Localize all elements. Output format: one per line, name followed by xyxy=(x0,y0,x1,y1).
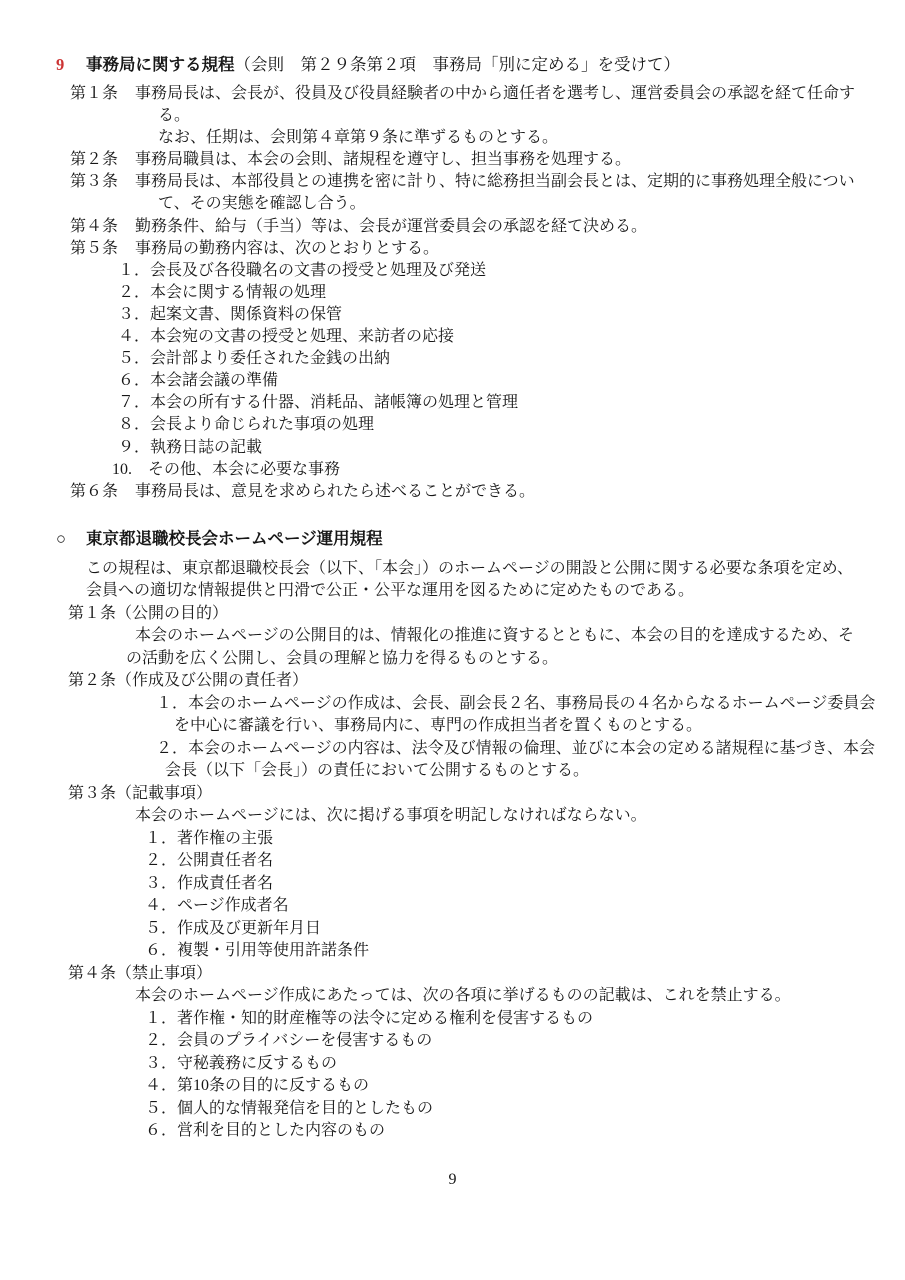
line-text: ５．作成及び更新年月日 xyxy=(145,920,321,937)
line-text: ２．本会に関する情報の処理 xyxy=(118,284,326,301)
text-line: なお、任期は、会則第４章第９条に準ずるものとする。 xyxy=(0,127,905,149)
line-text: 本会のホームページの公開目的は、情報化の推進に資するとともに、本会の目的を達成す… xyxy=(135,627,854,644)
line-text: を中心に審議を行い、事務局内に、専門の作成担当者を置くものとする。 xyxy=(174,717,702,734)
line-text: １．本会のホームページの作成は、会長、副会長２名、事務局長の４名からなるホームペ… xyxy=(156,695,875,712)
line-text: ４．ページ作成者名 xyxy=(145,897,289,914)
line-text: ８．会長より命じられた事項の処理 xyxy=(118,416,374,433)
line-text: の活動を広く公開し、会員の理解と協力を得るものとする。 xyxy=(126,650,558,667)
text-line: １．会長及び各役職名の文書の授受と処理及び発送 xyxy=(0,260,905,282)
section-bullet: ○ xyxy=(56,527,86,551)
line-text: ５．会計部より委任された金銭の出納 xyxy=(118,350,390,367)
line-text: ５．個人的な情報発信を目的としたもの xyxy=(145,1100,433,1117)
text-line: １．著作権・知的財産権等の法令に定める権利を侵害するもの xyxy=(0,1008,905,1031)
line-text: 事務局長は、意見を求められたら述べることができる。 xyxy=(135,483,535,500)
line-text: １．著作権の主張 xyxy=(145,830,273,847)
line-text: ６．本会諸会議の準備 xyxy=(118,372,278,389)
text-line: ３．守秘義務に反するもの xyxy=(0,1053,905,1076)
text-line: 第２条（作成及び公開の責任者） xyxy=(0,670,905,693)
line-text: 会員への適切な情報提供と円滑で公正・公平な運用を図るために定めたものである。 xyxy=(86,582,694,599)
article-line: 第４条勤務条件、給与（手当）等は、会長が運営委員会の承認を経て決める。 xyxy=(0,216,905,238)
section-number: 9 xyxy=(56,53,86,77)
text-line: 10. その他、本会に必要な事務 xyxy=(0,459,905,481)
article-line: 第６条事務局長は、意見を求められたら述べることができる。 xyxy=(0,481,905,503)
text-line: の活動を広く公開し、会員の理解と協力を得るものとする。 xyxy=(0,648,905,671)
article-line: 第２条事務局職員は、本会の会則、諸規程を遵守し、担当事務を処理する。 xyxy=(0,149,905,171)
article-label: 第５条 xyxy=(70,238,135,260)
article-label: 第６条 xyxy=(70,481,135,503)
page-number: 9 xyxy=(449,1171,457,1188)
section-body: この規程は、東京都退職校長会（以下、「本会」）のホームページの開設と公開に関する… xyxy=(0,558,905,1143)
line-text: ４．第10条の目的に反するもの xyxy=(145,1077,369,1094)
line-text: ９．執務日誌の記載 xyxy=(118,439,262,456)
section-title: 事務局に関する規程 xyxy=(86,55,235,74)
line-text: 第４条（禁止事項） xyxy=(68,965,212,982)
line-text: ２．本会のホームページの内容は、法令及び情報の倫理、並びに本会の定める諸規程に基… xyxy=(156,740,875,757)
article-label: 第４条 xyxy=(70,216,135,238)
line-text: ４．本会宛の文書の授受と処理、来訪者の応接 xyxy=(118,328,454,345)
article-line: 第５条事務局の勤務内容は、次のとおりとする。 xyxy=(0,238,905,260)
text-line: ６．本会諸会議の準備 xyxy=(0,370,905,392)
text-line: ２．本会のホームページの内容は、法令及び情報の倫理、並びに本会の定める諸規程に基… xyxy=(0,738,905,761)
text-line: 会員への適切な情報提供と円滑で公正・公平な運用を図るために定めたものである。 xyxy=(0,580,905,603)
line-text: ６．営利を目的とした内容のもの xyxy=(145,1122,385,1139)
text-line: ２．本会に関する情報の処理 xyxy=(0,282,905,304)
article-line: 第１条事務局長は、会長が、役員及び役員経験者の中から適任者を選考し、運営委員会の… xyxy=(0,83,905,105)
text-line: １．本会のホームページの作成は、会長、副会長２名、事務局長の４名からなるホームペ… xyxy=(0,693,905,716)
section-subtitle: （会則 第２９条第２項 事務局「別に定める」を受けて） xyxy=(235,55,681,74)
line-text: 10. その他、本会に必要な事務 xyxy=(112,461,340,478)
line-text: １．著作権・知的財産権等の法令に定める権利を侵害するもの xyxy=(145,1010,593,1027)
line-text: 事務局職員は、本会の会則、諸規程を遵守し、担当事務を処理する。 xyxy=(135,151,631,168)
section-heading: 9事務局に関する規程（会則 第２９条第２項 事務局「別に定める」を受けて） xyxy=(0,53,905,77)
line-text: ３．守秘義務に反するもの xyxy=(145,1055,337,1072)
section-secretariat-regulation: 9事務局に関する規程（会則 第２９条第２項 事務局「別に定める」を受けて） 第１… xyxy=(0,53,905,503)
line-text: ７．本会の所有する什器、消耗品、諸帳簿の処理と管理 xyxy=(118,394,518,411)
line-text: 事務局長は、会長が、役員及び役員経験者の中から適任者を選考し、運営委員会の承認を… xyxy=(135,85,855,102)
line-text: ２．公開責任者名 xyxy=(145,852,273,869)
text-line: ２．会員のプライバシーを侵害するもの xyxy=(0,1030,905,1053)
text-line: 本会のホームページの公開目的は、情報化の推進に資するとともに、本会の目的を達成す… xyxy=(0,625,905,648)
line-text: ６．複製・引用等使用許諾条件 xyxy=(145,942,369,959)
text-line: る。 xyxy=(0,105,905,127)
text-line: この規程は、東京都退職校長会（以下、「本会」）のホームページの開設と公開に関する… xyxy=(0,558,905,581)
text-line: を中心に審議を行い、事務局内に、専門の作成担当者を置くものとする。 xyxy=(0,715,905,738)
text-line: て、その実態を確認し合う。 xyxy=(0,193,905,215)
text-line: ９．執務日誌の記載 xyxy=(0,437,905,459)
line-text: 本会のホームページには、次に掲げる事項を明記しなければならない。 xyxy=(135,807,647,824)
article-label: 第３条 xyxy=(70,171,135,193)
line-text: 第３条（記載事項） xyxy=(68,785,212,802)
line-text: ３．作成責任者名 xyxy=(145,875,273,892)
document-page: 9事務局に関する規程（会則 第２９条第２項 事務局「別に定める」を受けて） 第１… xyxy=(0,0,905,1280)
line-text: る。 xyxy=(158,107,190,124)
line-text: この規程は、東京都退職校長会（以下、「本会」）のホームページの開設と公開に関する… xyxy=(86,560,853,577)
article-label: 第２条 xyxy=(70,149,135,171)
text-line: 本会のホームページには、次に掲げる事項を明記しなければならない。 xyxy=(0,805,905,828)
line-text: ２．会員のプライバシーを侵害するもの xyxy=(145,1032,432,1049)
line-text: 勤務条件、給与（手当）等は、会長が運営委員会の承認を経て決める。 xyxy=(135,218,647,235)
text-line: ２．公開責任者名 xyxy=(0,850,905,873)
text-line: ８．会長より命じられた事項の処理 xyxy=(0,414,905,436)
text-line: ３．作成責任者名 xyxy=(0,873,905,896)
text-line: ４．本会宛の文書の授受と処理、来訪者の応接 xyxy=(0,326,905,348)
line-text: 第２条（作成及び公開の責任者） xyxy=(68,672,308,689)
text-line: 第４条（禁止事項） xyxy=(0,963,905,986)
text-line: 第３条（記載事項） xyxy=(0,783,905,806)
line-text: １．会長及び各役職名の文書の授受と処理及び発送 xyxy=(118,262,486,279)
text-line: ５．会計部より委任された金銭の出納 xyxy=(0,348,905,370)
article-label: 第１条 xyxy=(70,83,135,105)
section-title: 東京都退職校長会ホームページ運用規程 xyxy=(86,529,383,548)
line-text: 第１条（公開の目的） xyxy=(68,605,228,622)
text-line: ５．作成及び更新年月日 xyxy=(0,918,905,941)
text-line: 本会のホームページ作成にあたっては、次の各項に挙げるものの記載は、これを禁止する… xyxy=(0,985,905,1008)
line-text: 会長（以下「会長」）の責任において公開するものとする。 xyxy=(165,762,589,779)
text-line: ７．本会の所有する什器、消耗品、諸帳簿の処理と管理 xyxy=(0,392,905,414)
line-text: 事務局の勤務内容は、次のとおりとする。 xyxy=(135,240,439,257)
line-text: 本会のホームページ作成にあたっては、次の各項に挙げるものの記載は、これを禁止する… xyxy=(135,987,791,1004)
text-line: ５．個人的な情報発信を目的としたもの xyxy=(0,1098,905,1121)
page-footer: 9 xyxy=(0,1170,905,1190)
text-line: 第１条（公開の目的） xyxy=(0,603,905,626)
article-line: 第３条事務局長は、本部役員との連携を密に計り、特に総務担当副会長とは、定期的に事… xyxy=(0,171,905,193)
text-line: 会長（以下「会長」）の責任において公開するものとする。 xyxy=(0,760,905,783)
text-line: ６．営利を目的とした内容のもの xyxy=(0,1120,905,1143)
text-line: ３．起案文書、関係資料の保管 xyxy=(0,304,905,326)
line-text: 事務局長は、本部役員との連携を密に計り、特に総務担当副会長とは、定期的に事務処理… xyxy=(135,173,855,190)
text-line: ６．複製・引用等使用許諾条件 xyxy=(0,940,905,963)
section-heading: ○東京都退職校長会ホームページ運用規程 xyxy=(0,527,905,551)
text-line: ４．ページ作成者名 xyxy=(0,895,905,918)
line-text: て、その実態を確認し合う。 xyxy=(158,195,366,212)
line-text: なお、任期は、会則第４章第９条に準ずるものとする。 xyxy=(158,129,558,146)
text-line: １．著作権の主張 xyxy=(0,828,905,851)
text-line: ４．第10条の目的に反するもの xyxy=(0,1075,905,1098)
line-text: ３．起案文書、関係資料の保管 xyxy=(118,306,342,323)
section-homepage-regulation: ○東京都退職校長会ホームページ運用規程 この規程は、東京都退職校長会（以下、「本… xyxy=(0,527,905,1143)
section-body: 第１条事務局長は、会長が、役員及び役員経験者の中から適任者を選考し、運営委員会の… xyxy=(0,83,905,503)
